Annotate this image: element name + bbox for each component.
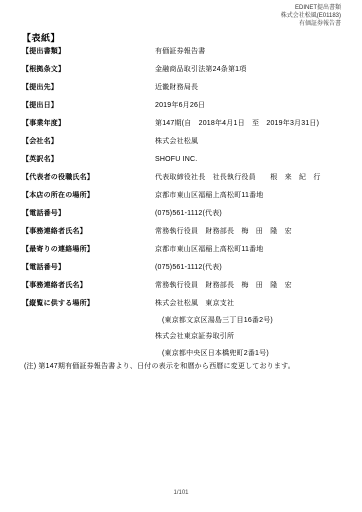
row-value: SHOFU INC.	[155, 156, 344, 164]
table-row-head-office: 【本店の所在の場所】 京都市東山区福稲上高松町11番地	[22, 192, 344, 200]
row-value: 京都市東山区福稲上高松町11番地	[155, 192, 344, 200]
edinet-header-report-name: 有価証券報告書	[281, 20, 341, 28]
row-value: 京都市東山区福稲上高松町11番地	[155, 246, 344, 254]
row-label: 【事務連絡者氏名】	[22, 228, 155, 236]
row-value: 株式会社松風	[155, 138, 344, 146]
row-value: 株式会社松風 東京支社 (東京都文京区湯島三丁目16番2号) 株式会社東京証券取…	[155, 300, 344, 357]
footnote: (注) 第147期有価証券報告書より、日付の表示を和暦から西暦に変更しております…	[24, 362, 344, 371]
table-row-fiscal-year: 【事業年度】 第147期(自 2018年4月1日 至 2019年3月31日)	[22, 120, 344, 128]
table-row-representative: 【代表者の役職氏名】 代表取締役社長 社長執行役員 根 来 紀 行	[22, 174, 344, 182]
edinet-header-company: 株式会社松風(E01183)	[281, 12, 341, 20]
table-row-nearest-contact: 【最寄りの連絡場所】 京都市東山区福稲上高松町11番地	[22, 246, 344, 254]
table-row-public-inspection-places: 【縦覧に供する場所】 株式会社松風 東京支社 (東京都文京区湯島三丁目16番2号…	[22, 300, 344, 357]
table-row-phone-number: 【電話番号】 (075)561-1112(代表)	[22, 210, 344, 218]
row-label: 【根拠条文】	[22, 66, 155, 74]
row-label: 【事務連絡者氏名】	[22, 282, 155, 290]
row-value: (075)561-1112(代表)	[155, 264, 344, 272]
row-label: 【縦覧に供する場所】	[22, 300, 155, 308]
table-row-legal-basis: 【根拠条文】 金融商品取引法第24条第1項	[22, 66, 344, 74]
row-value: 近畿財務局長	[155, 84, 344, 92]
cover-info-table: 【提出書類】 有価証券報告書 【根拠条文】 金融商品取引法第24条第1項 【提出…	[22, 48, 344, 368]
row-value: 2019年6月26日	[155, 102, 344, 110]
row-value: 代表取締役社長 社長執行役員 根 来 紀 行	[155, 174, 344, 182]
page-number: 1/101	[0, 490, 362, 496]
table-row-document-type: 【提出書類】 有価証券報告書	[22, 48, 344, 56]
row-label: 【電話番号】	[22, 264, 155, 272]
row-label: 【電話番号】	[22, 210, 155, 218]
row-label: 【本店の所在の場所】	[22, 192, 155, 200]
row-label: 【代表者の役職氏名】	[22, 174, 155, 182]
inspection-place-tse: 株式会社東京証券取引所	[155, 333, 344, 341]
row-label: 【事業年度】	[22, 120, 155, 128]
table-row-contact-person-2: 【事務連絡者氏名】 常務執行役員 財務部長 梅 田 隆 宏	[22, 282, 344, 290]
edinet-header-doc-type: EDINET提出書類	[281, 4, 341, 12]
row-label: 【最寄りの連絡場所】	[22, 246, 155, 254]
table-row-contact-person: 【事務連絡者氏名】 常務執行役員 財務部長 梅 田 隆 宏	[22, 228, 344, 236]
row-value: (075)561-1112(代表)	[155, 210, 344, 218]
row-value: 常務執行役員 財務部長 梅 田 隆 宏	[155, 282, 344, 290]
row-value: 有価証券報告書	[155, 48, 344, 56]
row-label: 【英訳名】	[22, 156, 155, 164]
row-label: 【提出書類】	[22, 48, 155, 56]
edinet-header: EDINET提出書類 株式会社松風(E01183) 有価証券報告書	[281, 4, 341, 28]
inspection-place-tokyo-branch-address: (東京都文京区湯島三丁目16番2号)	[155, 317, 344, 325]
row-label: 【提出先】	[22, 84, 155, 92]
document-page: EDINET提出書類 株式会社松風(E01183) 有価証券報告書 【表紙】 【…	[0, 0, 362, 512]
inspection-place-tse-address: (東京都中央区日本橋兜町2番1号)	[155, 350, 344, 358]
table-row-submitted-to: 【提出先】 近畿財務局長	[22, 84, 344, 92]
inspection-place-tokyo-branch: 株式会社松風 東京支社	[155, 300, 344, 308]
table-row-phone-number-2: 【電話番号】 (075)561-1112(代表)	[22, 264, 344, 272]
table-row-submission-date: 【提出日】 2019年6月26日	[22, 102, 344, 110]
row-label: 【提出日】	[22, 102, 155, 110]
table-row-company-name: 【会社名】 株式会社松風	[22, 138, 344, 146]
table-row-english-name: 【英訳名】 SHOFU INC.	[22, 156, 344, 164]
row-value: 第147期(自 2018年4月1日 至 2019年3月31日)	[155, 120, 344, 128]
cover-section-title: 【表紙】	[22, 31, 60, 44]
row-label: 【会社名】	[22, 138, 155, 146]
row-value: 金融商品取引法第24条第1項	[155, 66, 344, 74]
row-value: 常務執行役員 財務部長 梅 田 隆 宏	[155, 228, 344, 236]
